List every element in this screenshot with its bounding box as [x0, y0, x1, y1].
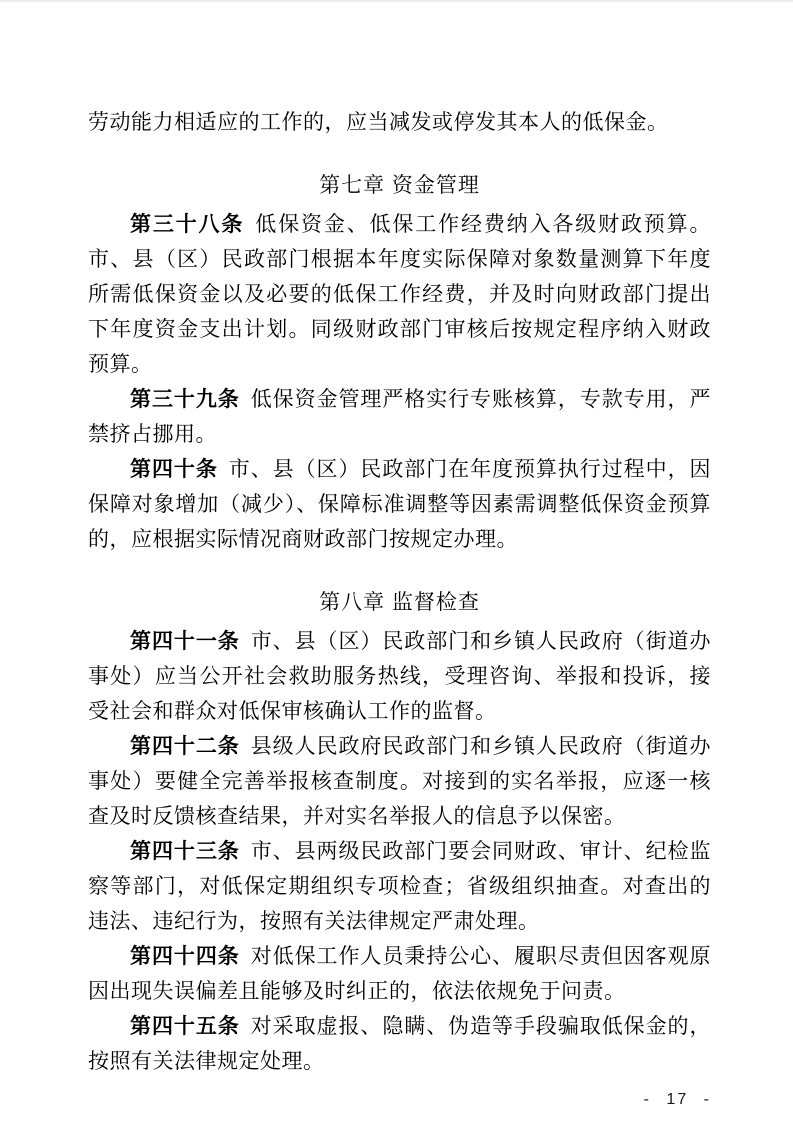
article-42-paragraph: 第四十二条县级人民政府民政部门和乡镇人民政府（街道办事处）要健全完善举报核查制度… [88, 729, 711, 834]
article-38-paragraph: 第三十八条低保资金、低保工作经费纳入各级财政预算。市、县（区）民政部门根据本年度… [88, 207, 711, 382]
leading-paragraph: 劳动能力相适应的工作的，应当减发或停发其本人的低保金。 [88, 105, 711, 140]
article-45-number: 第四十五条 [130, 1015, 240, 1038]
article-43-paragraph: 第四十三条市、县两级民政部门要会同财政、审计、纪检监察等部门，对低保定期组织专项… [88, 834, 711, 939]
article-45-paragraph: 第四十五条对采取虚报、隐瞒、伪造等手段骗取低保金的，按照有关法律规定处理。 [88, 1009, 711, 1079]
article-41-number: 第四十一条 [130, 630, 240, 653]
article-43-number: 第四十三条 [130, 840, 240, 863]
article-38-text: 低保资金、低保工作经费纳入各级财政预算。市、县（区）民政部门根据本年度实际保障对… [88, 213, 711, 376]
article-40-paragraph: 第四十条市、县（区）民政部门在年度预算执行过程中，因保障对象增加（减少）、保障标… [88, 452, 711, 557]
article-44-paragraph: 第四十四条对低保工作人员秉持公心、履职尽责但因客观原因出现失误偏差且能够及时纠正… [88, 939, 711, 1009]
article-42-number: 第四十二条 [130, 735, 240, 758]
chapter-7-title: 第七章 资金管理 [88, 168, 711, 203]
article-39-number: 第三十九条 [130, 388, 240, 411]
document-page: 劳动能力相适应的工作的，应当减发或停发其本人的低保金。 第七章 资金管理 第三十… [0, 0, 793, 1122]
article-44-number: 第四十四条 [130, 945, 240, 968]
article-41-paragraph: 第四十一条市、县（区）民政部门和乡镇人民政府（街道办事处）应当公开社会救助服务热… [88, 624, 711, 729]
chapter-8-title: 第八章 监督检查 [88, 585, 711, 620]
scan-edge-line [0, 0, 793, 2]
article-38-number: 第三十八条 [130, 213, 244, 236]
article-39-paragraph: 第三十九条低保资金管理严格实行专账核算，专款专用，严禁挤占挪用。 [88, 382, 711, 452]
article-40-number: 第四十条 [130, 458, 218, 481]
page-number: - 17 - [88, 1089, 711, 1111]
page-content: 劳动能力相适应的工作的，应当减发或停发其本人的低保金。 第七章 资金管理 第三十… [0, 0, 793, 1111]
